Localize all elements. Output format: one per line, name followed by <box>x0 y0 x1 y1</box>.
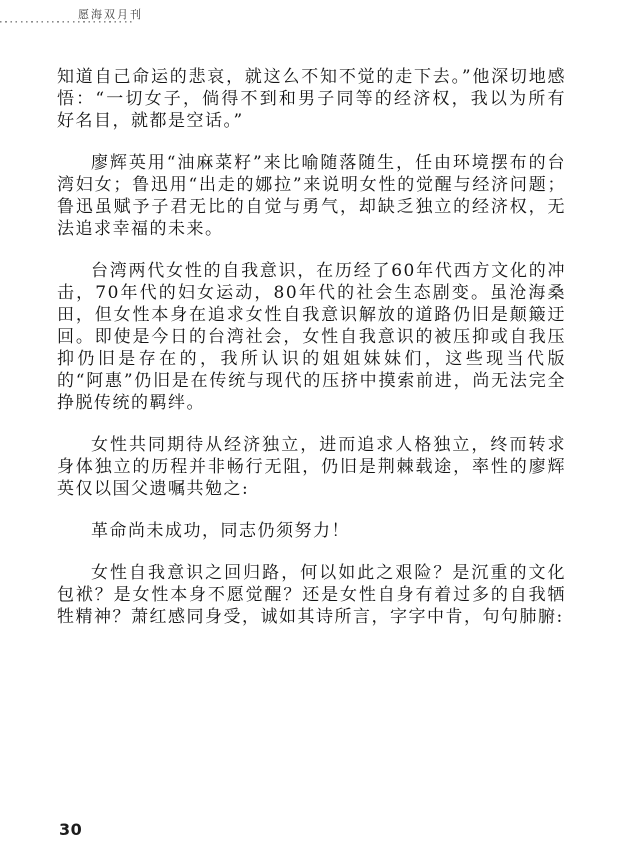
paragraph-quote: 革命尚未成功，同志仍须努力！ <box>57 520 566 542</box>
journal-title: 愿海双月刊 <box>78 6 143 22</box>
page-header: 愿海双月刊 <box>0 0 619 30</box>
paragraph: 台湾两代女性的自我意识，在历经了60年代西方文化的冲击，70年代的妇女运动，80… <box>57 260 566 414</box>
paragraph: 知道自己命运的悲哀，就这么不知不觉的走下去。”他深切地感悟：“一切女子，倘得不到… <box>57 66 566 132</box>
article-body: 知道自己命运的悲哀，就这么不知不觉的走下去。”他深切地感悟：“一切女子，倘得不到… <box>57 66 566 648</box>
paragraph: 女性共同期待从经济独立，进而追求人格独立，终而转求身体独立的历程并非畅行无阻，仍… <box>57 434 566 500</box>
page-number: 30 <box>59 820 82 839</box>
paragraph: 女性自我意识之回归路，何以如此之艰险？是沉重的文化包袱？是女性本身不愿觉醒？还是… <box>57 562 566 628</box>
paragraph: 廖辉英用“油麻菜籽”来比喻随落随生，任由环境摆布的台湾妇女；鲁迅用“出走的娜拉”… <box>57 152 566 240</box>
document-page: 愿海双月刊 知道自己命运的悲哀，就这么不知不觉的走下去。”他深切地感悟：“一切女… <box>0 0 619 854</box>
